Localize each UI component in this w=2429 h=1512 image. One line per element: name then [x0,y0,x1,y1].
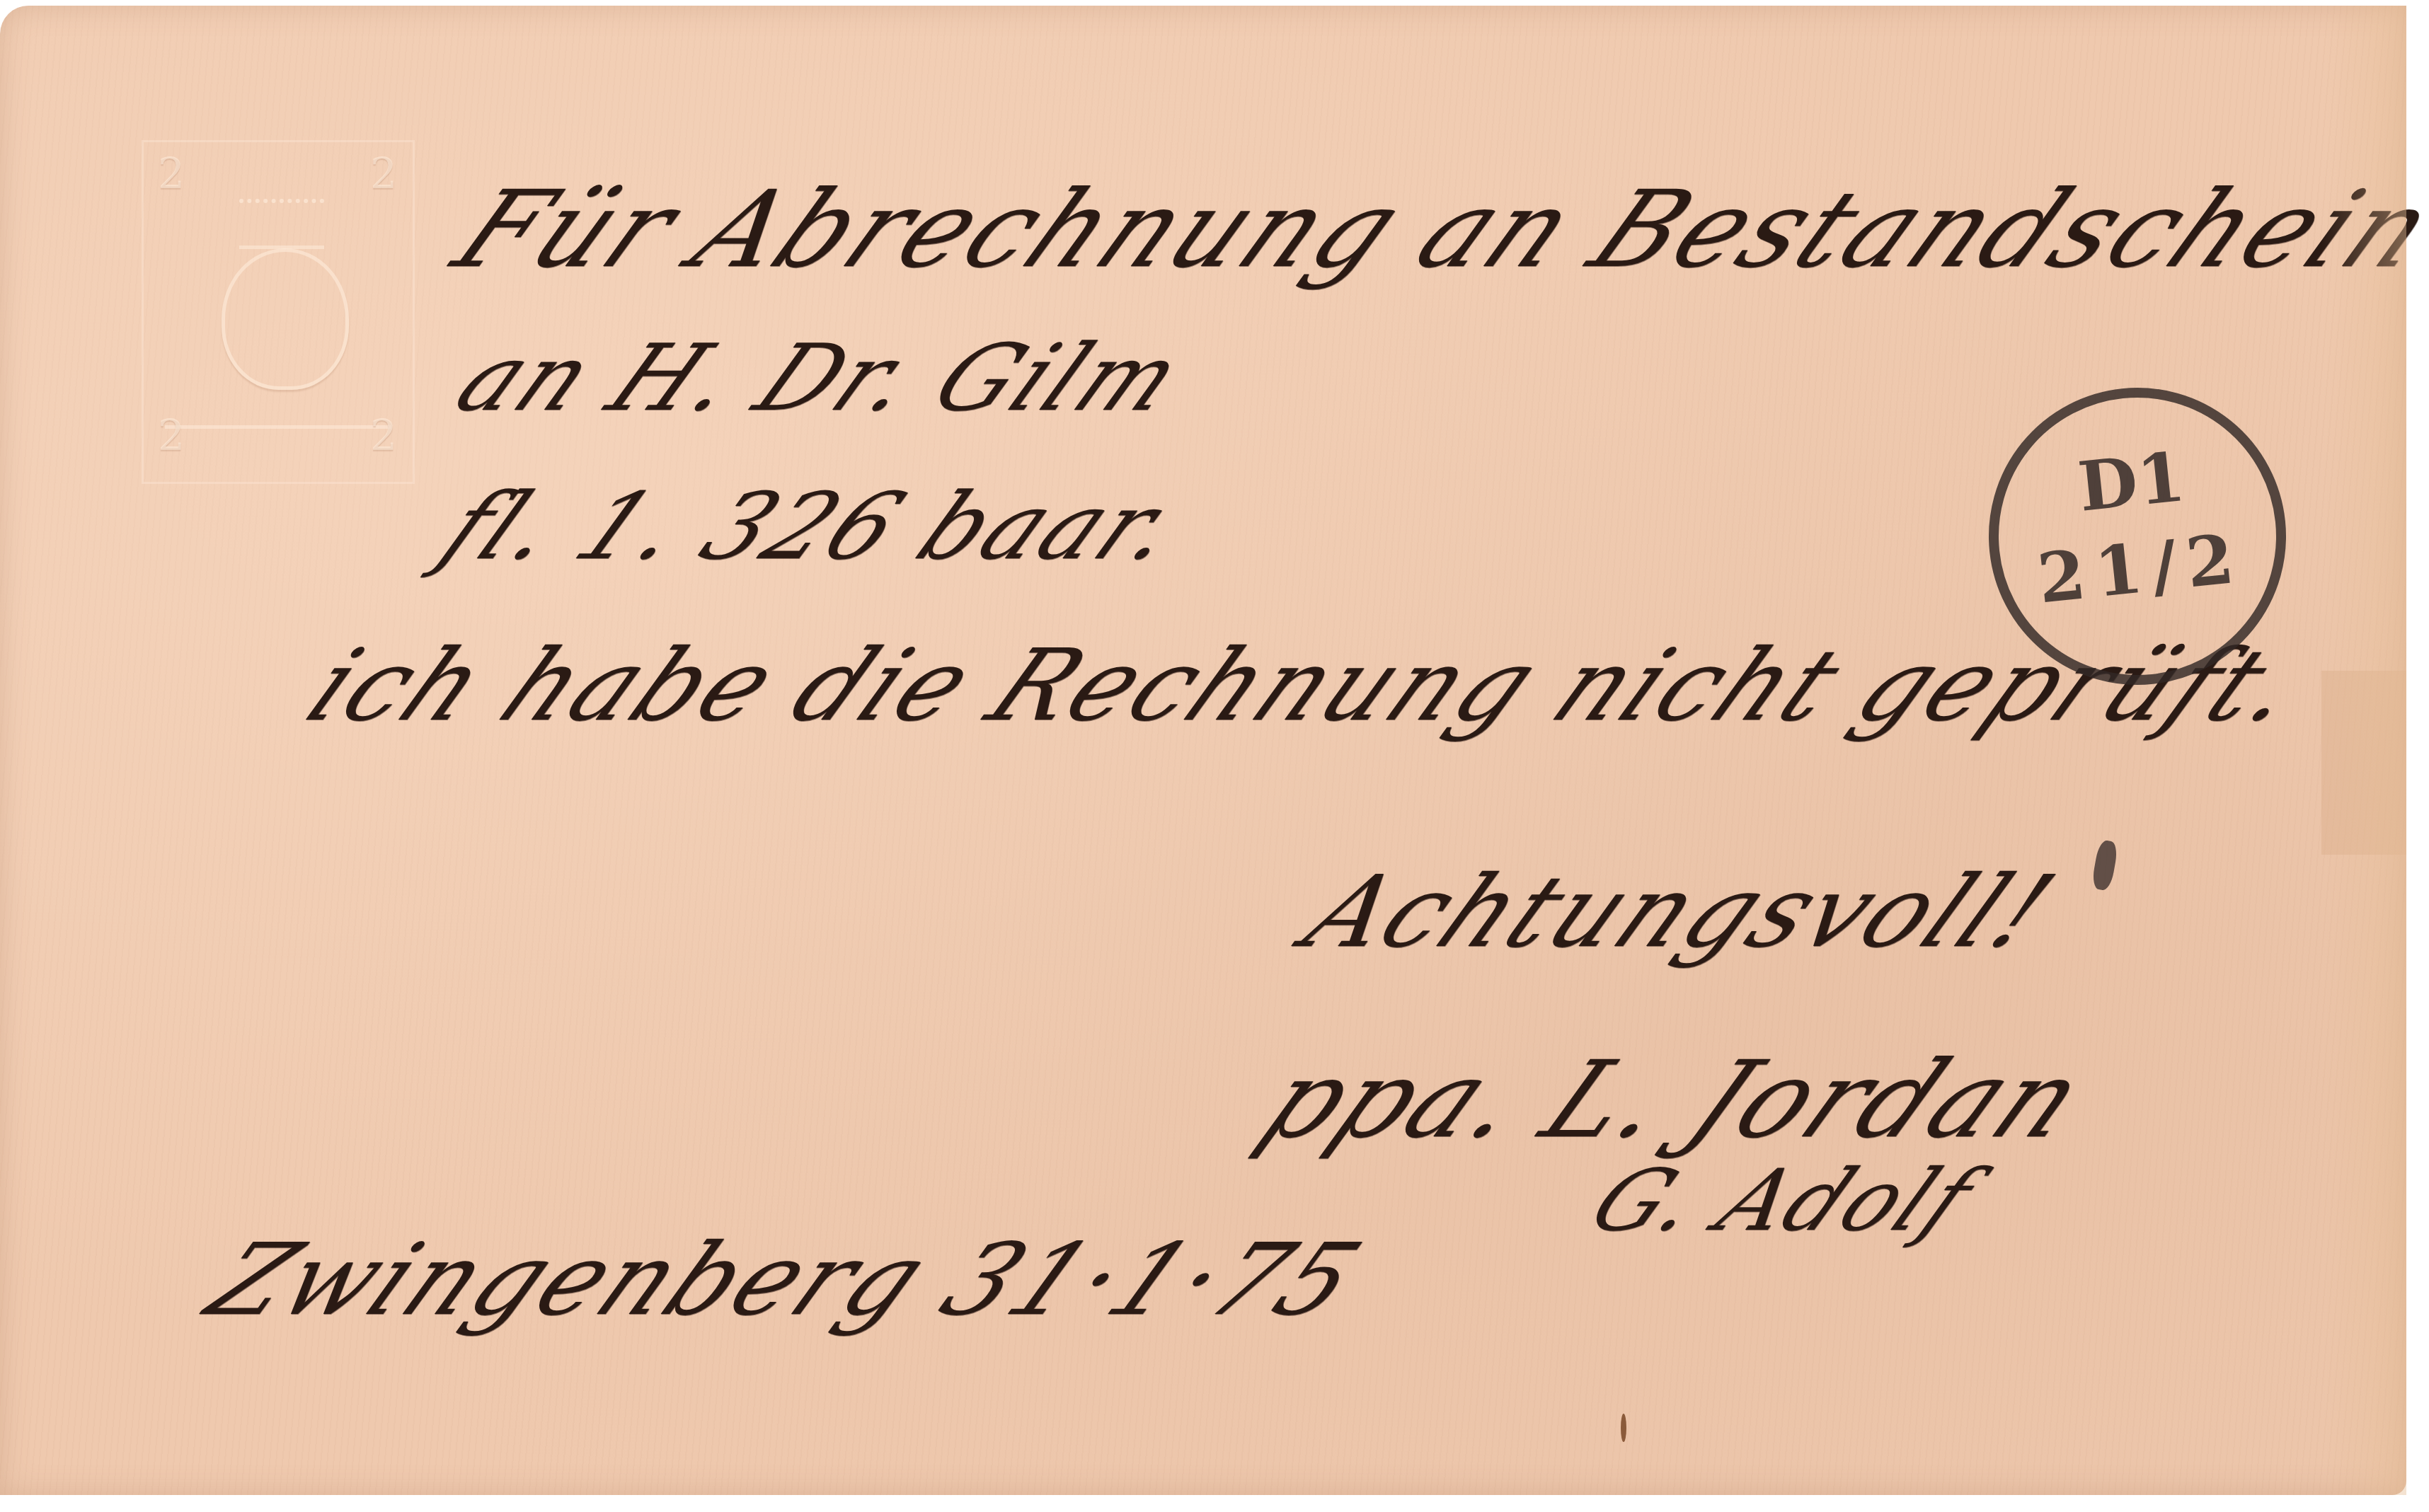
closing: Achtungsvoll! [1286,855,2076,970]
message-line-1: Für Abrechnung an Bestandschein i [435,168,2429,292]
emboss-digit: 2 [158,149,185,199]
embossed-crest: 2 2 2 2 [142,140,415,484]
place-date: Zwingenberg 31·1·75 [189,1223,1382,1338]
emboss-digit: 2 [158,411,185,461]
message-line-2: an H. Dr. Gilm [439,324,1203,432]
emboss-digit: 2 [370,149,397,199]
signature: ppa. L. Jordan [1241,1039,2108,1162]
emboss-digit: 2 [370,411,397,461]
crown-icon [239,199,324,249]
signature-sub: G. Adolf [1573,1152,1992,1250]
postcard: 2 2 2 2 Für Abrechnung an Bestandschein … [0,6,2406,1495]
paper-crease [2321,671,2406,855]
ink-smudge [2091,839,2119,891]
emboss-rule [165,425,391,429]
paper-fiber [1621,1414,1626,1442]
message-line-4: ich habe die Rechnung nicht geprüft. [288,628,2325,744]
message-line-3: fl. 1. 326 baar. [425,473,1202,580]
shield-icon [222,248,349,390]
